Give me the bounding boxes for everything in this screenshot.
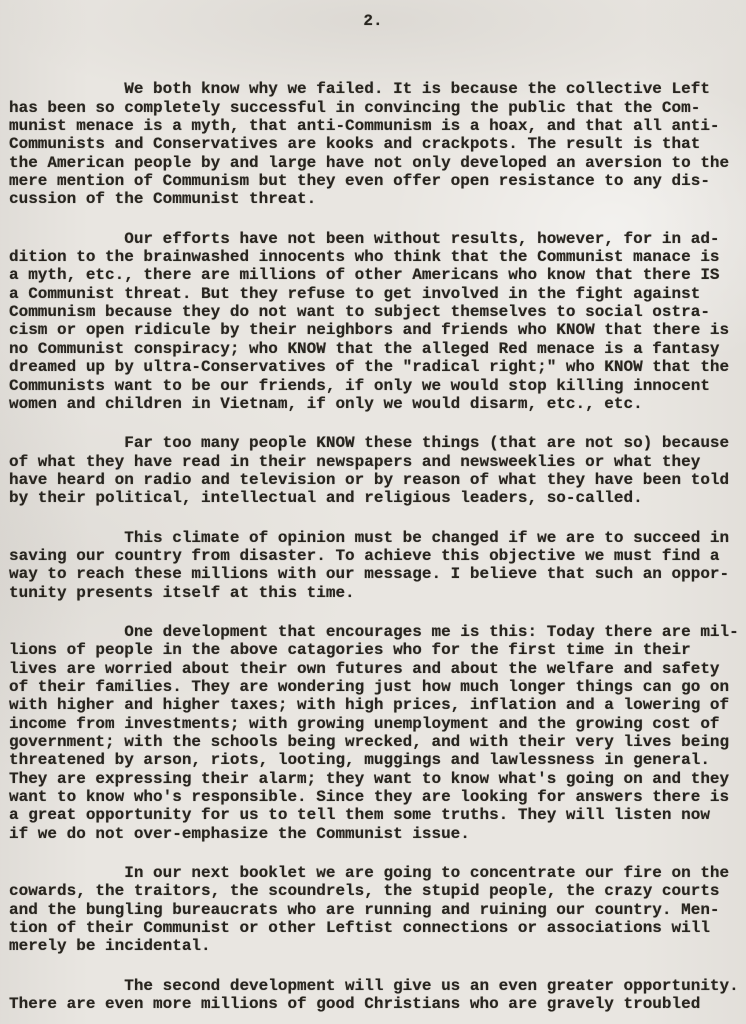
text-line: threatened by arson, riots, looting, mug… bbox=[9, 751, 742, 769]
text-line: merely be incidental. bbox=[9, 937, 742, 955]
text-line: We both know why we failed. It is becaus… bbox=[9, 80, 742, 98]
text-line: the American people by and large have no… bbox=[9, 154, 742, 172]
text-line: income from investments; with growing un… bbox=[9, 715, 742, 733]
text-line: have heard on radio and television or by… bbox=[9, 471, 742, 489]
text-line: women and children in Vietnam, if only w… bbox=[9, 395, 742, 413]
text-line: saving our country from disaster. To ach… bbox=[9, 547, 742, 565]
text-line: of what they have read in their newspape… bbox=[9, 453, 742, 471]
text-line: of their families. They are wondering ju… bbox=[9, 678, 742, 696]
text-line: if we do not over-emphasize the Communis… bbox=[9, 825, 742, 843]
paragraph: Far too many people KNOW these things (t… bbox=[9, 434, 742, 507]
text-line: dreamed up by ultra-Conservatives of the… bbox=[9, 358, 742, 376]
text-line: a myth, etc., there are millions of othe… bbox=[9, 266, 742, 284]
text-line: lions of people in the above catagories … bbox=[9, 641, 742, 659]
text-line: The second development will give us an e… bbox=[9, 977, 742, 995]
paragraph: One development that encourages me is th… bbox=[9, 623, 742, 843]
text-line: cussion of the Communist threat. bbox=[9, 190, 742, 208]
paragraph: The second development will give us an e… bbox=[9, 977, 742, 1014]
text-line: no Communist conspiracy; who KNOW that t… bbox=[9, 340, 742, 358]
text-line: a Communist threat. But they refuse to g… bbox=[9, 285, 742, 303]
text-line: Our efforts have not been without result… bbox=[9, 230, 742, 248]
text-line: tunity presents itself at this time. bbox=[9, 584, 742, 602]
paragraph: In our next booklet we are going to conc… bbox=[9, 864, 742, 956]
text-line: a great opportunity for us to tell them … bbox=[9, 806, 742, 824]
text-line: with higher and higher taxes; with high … bbox=[9, 696, 742, 714]
text-line: by their political, intellectual and rel… bbox=[9, 489, 742, 507]
text-line: lives are worried about their own future… bbox=[9, 660, 742, 678]
text-line: and the bungling bureaucrats who are run… bbox=[9, 901, 742, 919]
text-line: In our next booklet we are going to conc… bbox=[9, 864, 742, 882]
text-line: cowards, the traitors, the scoundrels, t… bbox=[9, 882, 742, 900]
text-line: has been so completely successful in con… bbox=[9, 99, 742, 117]
text-line: government; with the schools being wreck… bbox=[9, 733, 742, 751]
document-body: We both know why we failed. It is becaus… bbox=[0, 80, 746, 1013]
text-line: Communists and Conservatives are kooks a… bbox=[9, 135, 742, 153]
text-line: dition to the brainwashed innocents who … bbox=[9, 248, 742, 266]
text-line: Communists want to be our friends, if on… bbox=[9, 377, 742, 395]
page-number: 2. bbox=[0, 0, 746, 30]
text-line: mere mention of Communism but they even … bbox=[9, 172, 742, 190]
text-line: tion of their Communist or other Leftist… bbox=[9, 919, 742, 937]
paragraph: Our efforts have not been without result… bbox=[9, 230, 742, 413]
text-line: There are even more millions of good Chr… bbox=[9, 995, 742, 1013]
text-line: cism or open ridicule by their neighbors… bbox=[9, 321, 742, 339]
paragraph: This climate of opinion must be changed … bbox=[9, 529, 742, 602]
text-line: Communism because they do not want to su… bbox=[9, 303, 742, 321]
text-line: want to know who's responsible. Since th… bbox=[9, 788, 742, 806]
text-line: way to reach these millions with our mes… bbox=[9, 565, 742, 583]
text-line: One development that encourages me is th… bbox=[9, 623, 742, 641]
document-page: 2. We both know why we failed. It is bec… bbox=[0, 0, 746, 1024]
text-line: Far too many people KNOW these things (t… bbox=[9, 434, 742, 452]
text-line: munist menace is a myth, that anti-Commu… bbox=[9, 117, 742, 135]
text-line: This climate of opinion must be changed … bbox=[9, 529, 742, 547]
paragraph: We both know why we failed. It is becaus… bbox=[9, 80, 742, 208]
text-line: They are expressing their alarm; they wa… bbox=[9, 770, 742, 788]
